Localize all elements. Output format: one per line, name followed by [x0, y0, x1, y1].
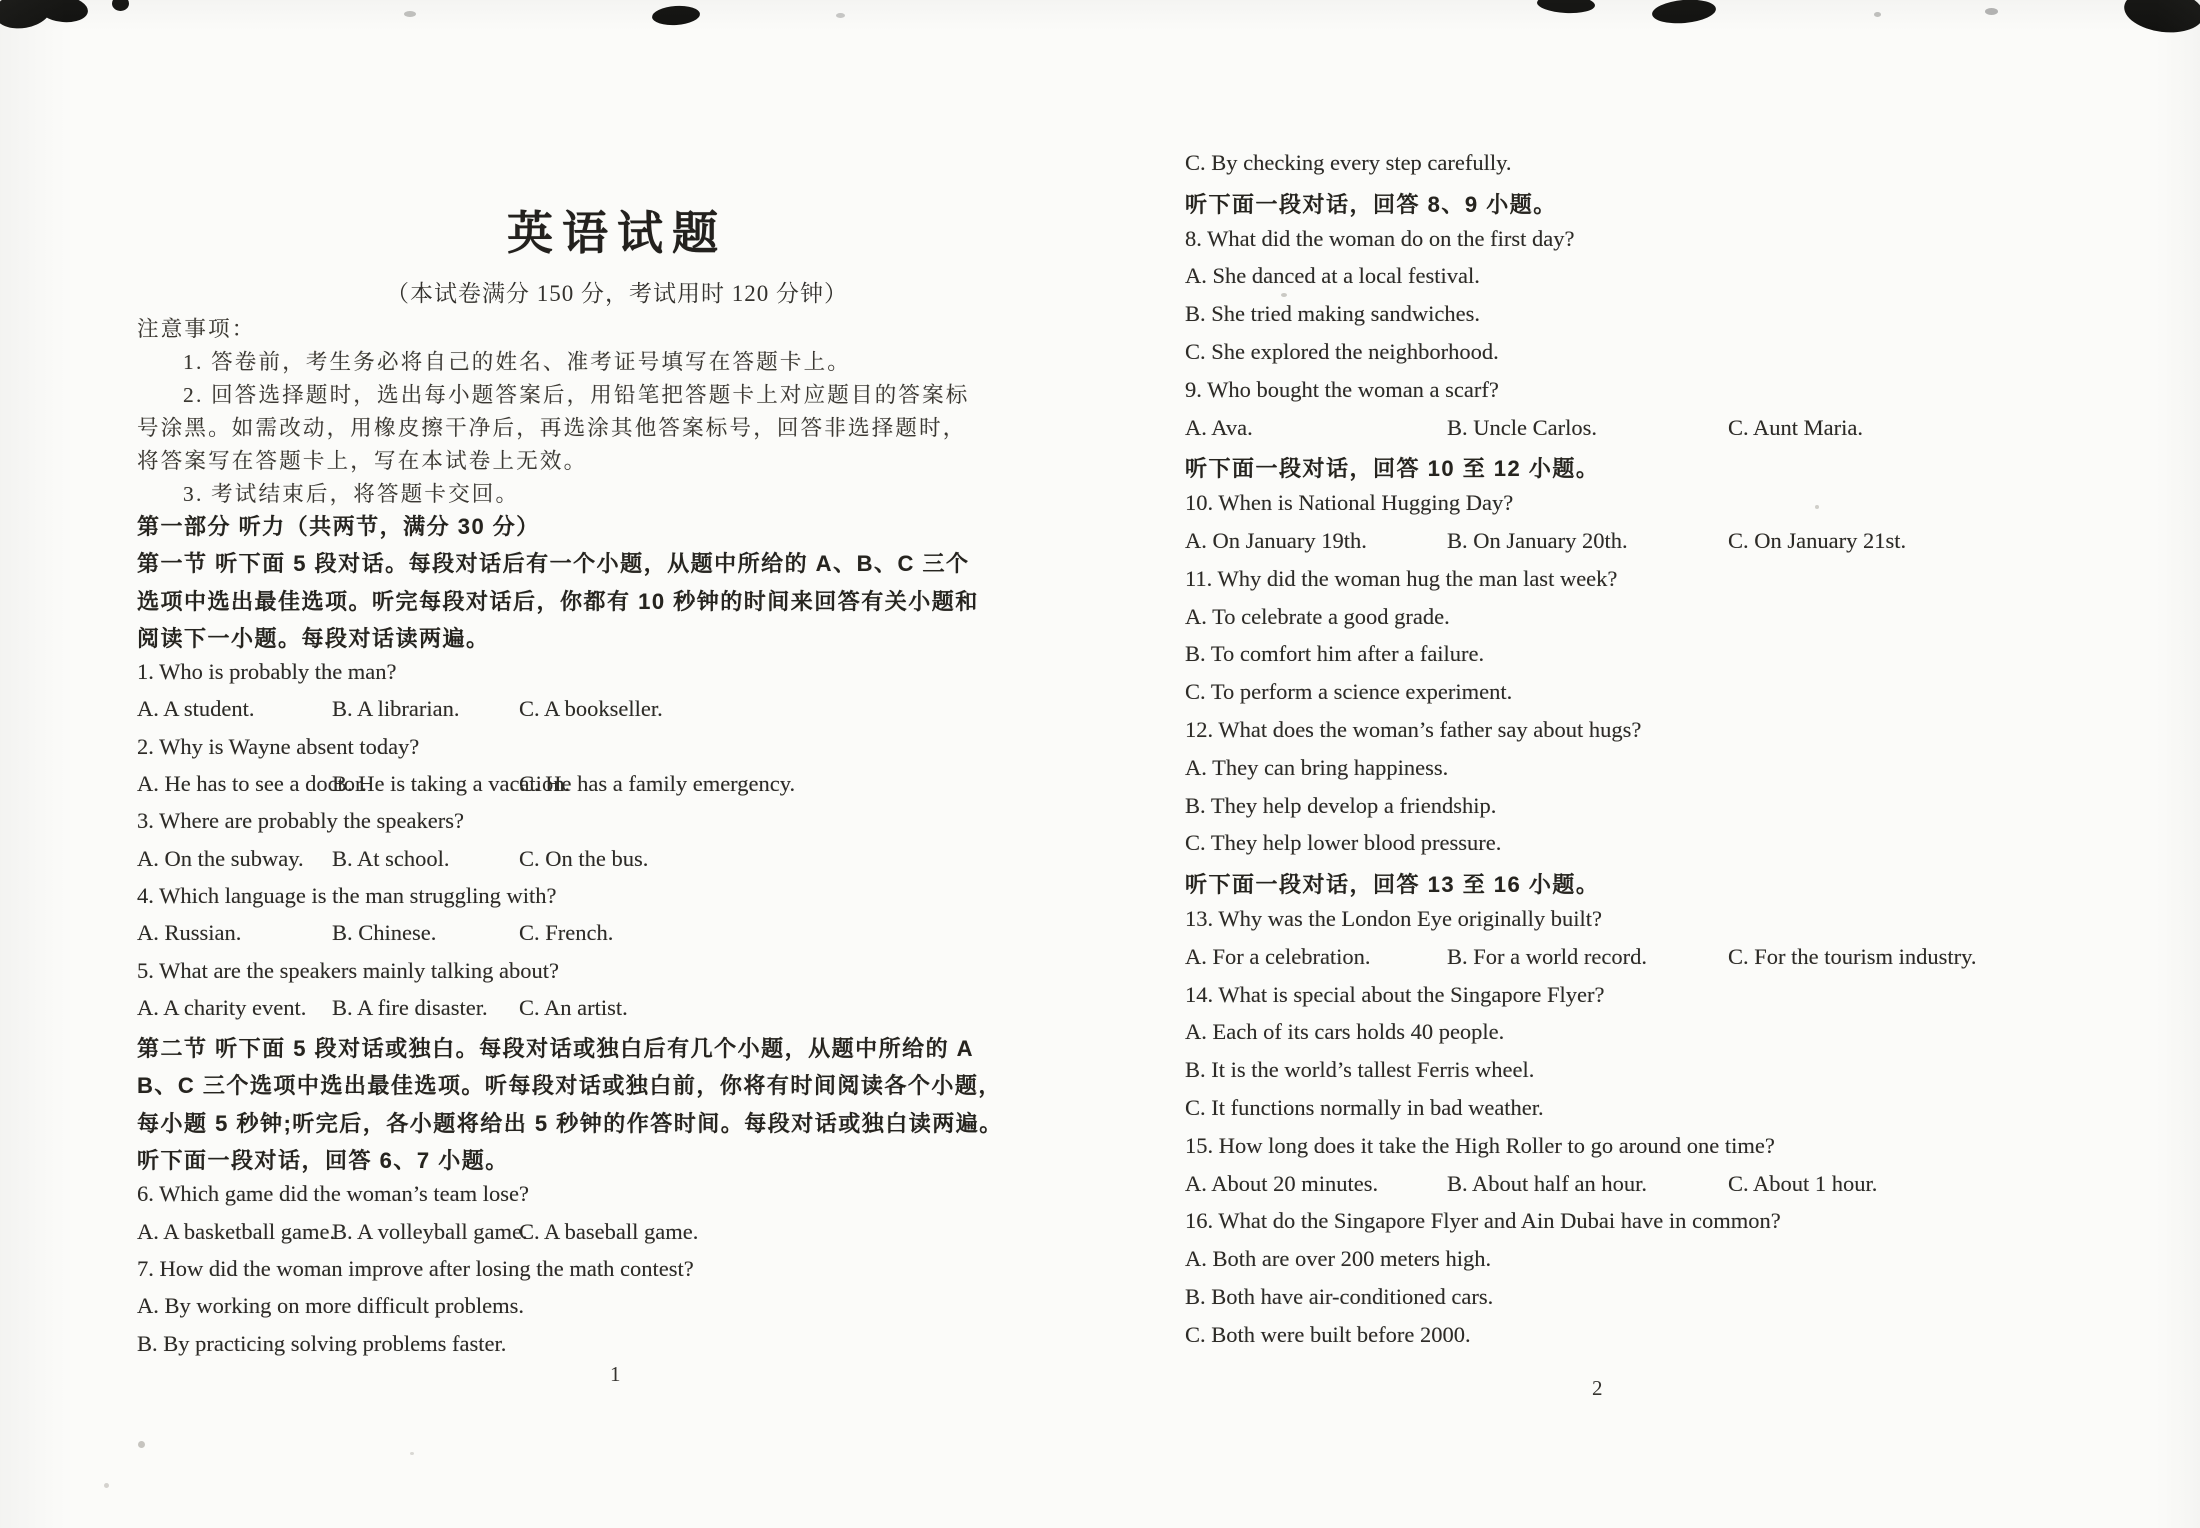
scan-artifact [2122, 0, 2200, 37]
text-line: C. They help lower blood pressure. [1185, 830, 2165, 868]
option-cell: B. At school. [332, 846, 450, 872]
scan-artifact [112, 0, 129, 11]
option-cell: A. On January 19th. [1185, 528, 1367, 554]
option-cell: B. A librarian. [332, 696, 460, 722]
text-line: 听下面一段对话，回答 10 至 12 小题。 [1185, 452, 2165, 490]
text-line: 8. What did the woman do on the first da… [1185, 226, 2165, 264]
option-row: A. A charity event.B. A fire disaster.C.… [137, 995, 1117, 1032]
text-line: 听下面一段对话，回答 13 至 16 小题。 [1185, 868, 2165, 906]
scan-speck [410, 1452, 414, 1455]
text-line: 7. How did the woman improve after losin… [137, 1256, 1117, 1293]
text-line: C. By checking every step carefully. [1185, 150, 2165, 188]
option-cell: B. On January 20th. [1447, 528, 1628, 554]
option-row: A. A basketball game.B. A volleyball gam… [137, 1219, 1117, 1256]
option-cell: A. A student. [137, 696, 255, 722]
scan-artifact [836, 13, 845, 18]
text-line: C. She explored the neighborhood. [1185, 339, 2165, 377]
option-cell: C. Aunt Maria. [1728, 415, 1863, 441]
text-line: B、C 三个选项中选出最佳选项。听每段对话或独白前，你将有时间阅读各个小题， [137, 1069, 1117, 1106]
text-line: 2. 回答选择题时，选出每小题答案后，用铅笔把答题卡上对应题目的答案标 [137, 378, 1117, 411]
text-line: B. By practicing solving problems faster… [137, 1331, 1117, 1368]
text-line: A. By working on more difficult problems… [137, 1293, 1117, 1330]
scan-artifact [1537, 0, 1596, 15]
exam-subtitle: （本试卷满分 150 分，考试用时 120 分钟） [137, 275, 1097, 308]
text-line: A. She danced at a local festival. [1185, 263, 2165, 301]
scan-artifact [404, 11, 416, 17]
text-line: A. They can bring happiness. [1185, 755, 2165, 793]
option-row: A. A student.B. A librarian.C. A booksel… [137, 696, 1117, 733]
option-row: A. He has to see a doctor.B. He is takin… [137, 771, 1117, 808]
text-line: 号涂黑。如需改动，用橡皮擦干净后，再选涂其他答案标号，回答非选择题时， [137, 411, 1117, 444]
text-line: 选项中选出最佳选项。听完每段对话后，你都有 10 秒钟的时间来回答有关小题和 [137, 585, 1117, 622]
scan-artifact [1651, 0, 1717, 26]
option-cell: B. Chinese. [332, 920, 436, 946]
option-cell: C. A bookseller. [519, 696, 663, 722]
text-line: 13. Why was the London Eye originally bu… [1185, 906, 2165, 944]
text-line: 听下面一段对话，回答 8、9 小题。 [1185, 188, 2165, 226]
text-line: A. To celebrate a good grade. [1185, 604, 2165, 642]
scan-artifact [1985, 8, 1998, 15]
text-line: B. They help develop a friendship. [1185, 793, 2165, 831]
text-line: 3. Where are probably the speakers? [137, 808, 1117, 845]
text-line: 16. What do the Singapore Flyer and Ain … [1185, 1208, 2165, 1246]
exam-title: 英语试题 [137, 197, 1097, 263]
option-cell: A. About 20 minutes. [1185, 1171, 1378, 1197]
option-cell: B. A volleyball game. [332, 1219, 528, 1245]
text-line: C. To perform a science experiment. [1185, 679, 2165, 717]
option-cell: A. For a celebration. [1185, 944, 1371, 970]
text-line: 1. 答卷前，考生务必将自己的姓名、准考证号填写在答题卡上。 [137, 345, 1117, 378]
option-cell: A. Russian. [137, 920, 241, 946]
option-cell: B. For a world record. [1447, 944, 1647, 970]
page2-text-column: C. By checking every step carefully.听下面一… [1185, 150, 2165, 1360]
option-cell: C. French. [519, 920, 613, 946]
text-line: 4. Which language is the man struggling … [137, 883, 1117, 920]
option-cell: C. For the tourism industry. [1728, 944, 1977, 970]
text-line: 听下面一段对话，回答 6、7 小题。 [137, 1144, 1117, 1181]
page1-text-column: 注意事项：1. 答卷前，考生务必将自己的姓名、准考证号填写在答题卡上。2. 回答… [137, 312, 1117, 1368]
scan-speck [138, 1441, 145, 1448]
option-cell: B. Uncle Carlos. [1447, 415, 1597, 441]
text-line: B. To comfort him after a failure. [1185, 641, 2165, 679]
text-line: 14. What is special about the Singapore … [1185, 982, 2165, 1020]
text-line: C. Both were built before 2000. [1185, 1322, 2165, 1360]
text-line: 6. Which game did the woman’s team lose? [137, 1181, 1117, 1218]
text-line: 12. What does the woman’s father say abo… [1185, 717, 2165, 755]
option-cell: C. On January 21st. [1728, 528, 1906, 554]
option-row: A. Ava.B. Uncle Carlos.C. Aunt Maria. [1185, 415, 2165, 453]
text-line: 每小题 5 秒钟;听完后，各小题将给出 5 秒钟的作答时间。每段对话或独白读两遍… [137, 1107, 1117, 1144]
option-row: A. On January 19th.B. On January 20th.C.… [1185, 528, 2165, 566]
option-cell: C. He has a family emergency. [519, 771, 795, 797]
text-line: 阅读下一小题。每段对话读两遍。 [137, 622, 1117, 659]
option-row: A. Russian.B. Chinese.C. French. [137, 920, 1117, 957]
option-cell: A. A charity event. [137, 995, 306, 1021]
page-number-1: 1 [610, 1362, 621, 1387]
text-line: 3. 考试结束后，将答题卡交回。 [137, 477, 1117, 510]
text-line: A. Each of its cars holds 40 people. [1185, 1019, 2165, 1057]
option-cell: A. On the subway. [137, 846, 304, 872]
option-cell: C. A baseball game. [519, 1219, 698, 1245]
text-line: 5. What are the speakers mainly talking … [137, 958, 1117, 995]
scanned-exam-spread: { "page1": { "title": "英语试题", "subtitle"… [0, 0, 2200, 1528]
text-line: 10. When is National Hugging Day? [1185, 490, 2165, 528]
text-line: B. She tried making sandwiches. [1185, 301, 2165, 339]
scan-speck [104, 1483, 109, 1488]
text-line: B. It is the world’s tallest Ferris whee… [1185, 1057, 2165, 1095]
option-cell: C. On the bus. [519, 846, 648, 872]
page-number-2: 2 [1592, 1376, 1603, 1401]
text-line: 将答案写在答题卡上，写在本试卷上无效。 [137, 444, 1117, 477]
option-row: A. For a celebration.B. For a world reco… [1185, 944, 2165, 982]
option-cell: A. Ava. [1185, 415, 1253, 441]
scan-artifact [651, 4, 700, 26]
option-cell: C. An artist. [519, 995, 628, 1021]
option-cell: C. About 1 hour. [1728, 1171, 1877, 1197]
scan-artifact [37, 0, 89, 25]
option-row: A. About 20 minutes.B. About half an hou… [1185, 1171, 2165, 1209]
text-line: 15. How long does it take the High Rolle… [1185, 1133, 2165, 1171]
text-line: 9. Who bought the woman a scarf? [1185, 377, 2165, 415]
text-line: 第一部分 听力（共两节，满分 30 分） [137, 510, 1117, 547]
text-line: 第一节 听下面 5 段对话。每段对话后有一个小题，从题中所给的 A、B、C 三个 [137, 547, 1117, 584]
option-cell: A. A basketball game. [137, 1219, 335, 1245]
text-line: 第二节 听下面 5 段对话或独白。每段对话或独白后有几个小题，从题中所给的 A [137, 1032, 1117, 1069]
text-line: A. Both are over 200 meters high. [1185, 1246, 2165, 1284]
option-cell: B. About half an hour. [1447, 1171, 1647, 1197]
text-line: 1. Who is probably the man? [137, 659, 1117, 696]
option-row: A. On the subway.B. At school.C. On the … [137, 846, 1117, 883]
option-cell: B. A fire disaster. [332, 995, 488, 1021]
text-line: C. It functions normally in bad weather. [1185, 1095, 2165, 1133]
scan-artifact [1874, 12, 1881, 17]
text-line: 11. Why did the woman hug the man last w… [1185, 566, 2165, 604]
text-line: 2. Why is Wayne absent today? [137, 734, 1117, 771]
text-line: B. Both have air-conditioned cars. [1185, 1284, 2165, 1322]
text-line: 注意事项： [137, 312, 1117, 345]
